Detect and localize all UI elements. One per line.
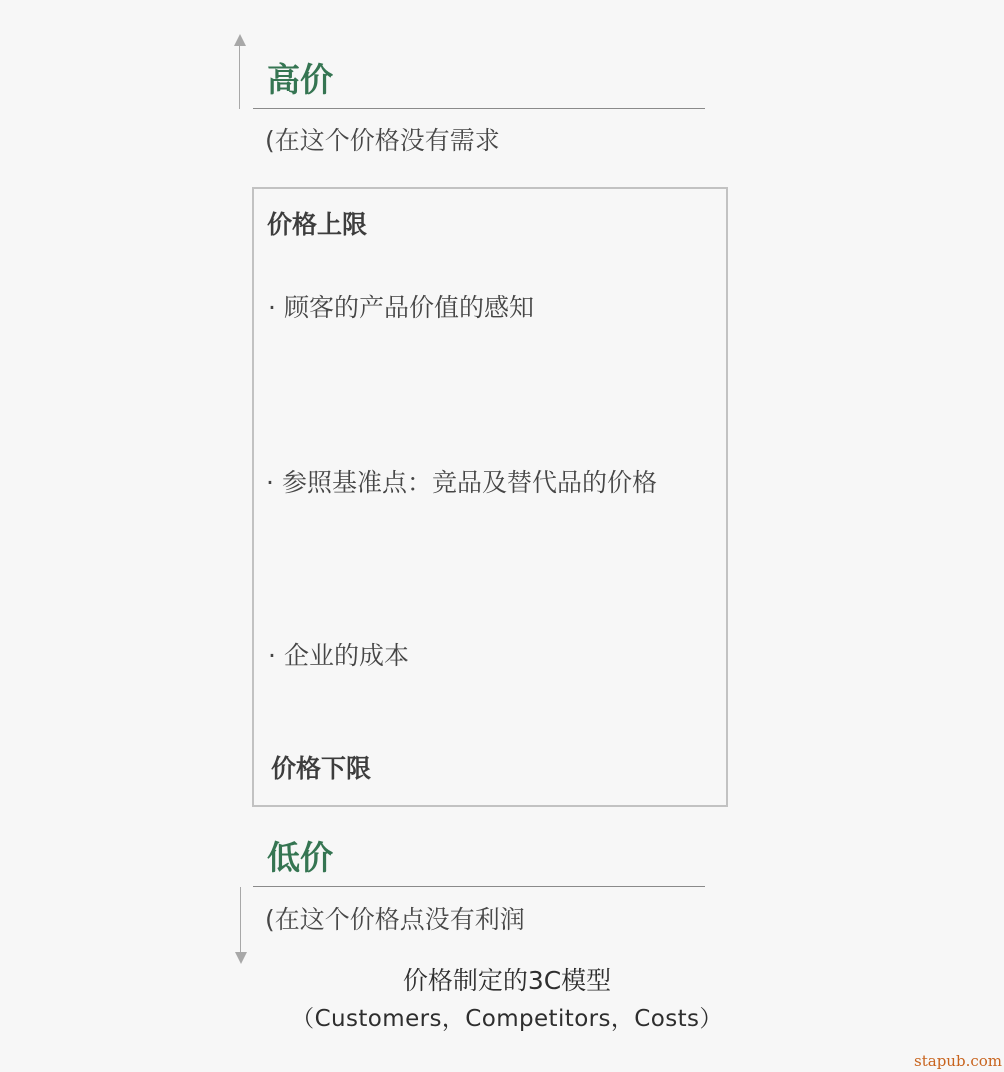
lower-limit-label: 价格下限 [271, 753, 371, 785]
upper-limit-label: 价格上限 [267, 209, 367, 241]
diagram-caption-subtitle: （Customers，Competitors，Costs） [0, 1003, 1004, 1035]
factor-text: 顾客的产品价值的感知 [284, 293, 534, 322]
arrow-down-icon [235, 952, 247, 964]
high-price-title: 高价 [267, 60, 333, 100]
bullet-icon: · [268, 292, 276, 324]
factor-customer-perception: ·顾客的产品价值的感知 [268, 292, 534, 324]
diagram-caption-title: 价格制定的3C模型 [0, 964, 1004, 998]
low-price-title: 低价 [267, 838, 333, 878]
watermark: stapub.com [914, 1052, 1002, 1070]
arrow-down-shaft [240, 887, 241, 953]
arrow-up-icon [234, 34, 246, 46]
factor-text: 企业的成本 [284, 641, 409, 670]
arrow-up-shaft [239, 44, 240, 109]
factor-company-cost: ·企业的成本 [268, 640, 409, 672]
low-price-divider [253, 886, 705, 887]
factor-competitor-prices: ·参照基准点：竞品及替代品的价格 [266, 467, 657, 499]
bullet-icon: · [266, 467, 274, 499]
bullet-icon: · [268, 640, 276, 672]
factor-text: 参照基准点：竞品及替代品的价格 [282, 468, 657, 497]
high-price-note: (在这个价格没有需求 [265, 125, 500, 157]
low-price-note: (在这个价格点没有利润 [265, 904, 525, 936]
high-price-divider [253, 108, 705, 109]
